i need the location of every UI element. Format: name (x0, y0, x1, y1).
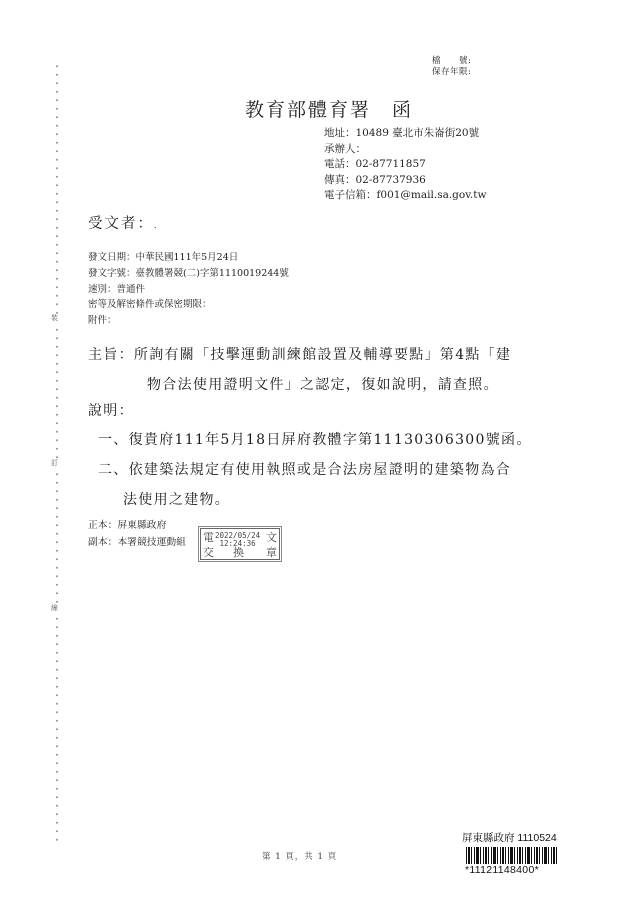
subject-line-1: 所詢有關「技擊運動訓練館設置及輔導要點」第4點「建 (134, 347, 511, 363)
contact-block: 地址：10489 臺北市朱崙街20號 承辦人： 電話：02-87711857 傳… (324, 126, 486, 204)
explanation-item-2: 二、依建築法規定有使用執照或是合法房屋證明的建築物為合 (88, 455, 532, 485)
explanation-item-2-cont: 法使用之建物。 (88, 485, 532, 515)
classification: 密等及解密條件或保密期限： (88, 297, 289, 313)
stamp-datetime: 2022/05/24 12:24:36 (215, 532, 260, 548)
file-no-label: 檔 號: (432, 56, 471, 67)
barcode-icon (466, 847, 559, 864)
binding-char-xian: 線 (51, 604, 58, 613)
doc-number: 發文字號：臺教體署競(二)字第1110019244號 (88, 266, 289, 282)
email: 電子信箱：f001@mail.sa.gov.tw (324, 188, 486, 204)
retention-label: 保存年限: (432, 67, 471, 78)
phone: 電話：02-87711857 (324, 157, 486, 173)
recipient: 受文者：. (88, 212, 159, 233)
document-title: 教育部體育署 函 (245, 95, 413, 122)
subject-line-2: 物合法使用證明文件」之認定，復如說明，請查照。 (88, 370, 511, 400)
page-number: 第 1 頁，共 1 頁 (262, 850, 337, 862)
stamp-char-br: 章 (266, 544, 277, 560)
stamp-char-tl: 電 (203, 529, 214, 545)
stamp-char-bl: 交 (203, 544, 214, 560)
subject: 主旨：所詢有關「技擊運動訓練館設置及輔導要點」第4點「建 物合法使用證明文件」之… (88, 340, 511, 400)
binding-line (56, 62, 58, 847)
speed: 速別：普通件 (88, 282, 289, 298)
subject-label: 主旨： (88, 340, 134, 370)
explanation-items: 一、復貴府111年5月18日屏府教體字第11130306300號函。 二、依建築… (88, 425, 532, 515)
stamp-time: 12:24:36 (215, 540, 260, 548)
explanation-item-1: 一、復貴府111年5月18日屏府教體字第11130306300號函。 (88, 425, 532, 455)
handler: 承辦人： (324, 142, 486, 158)
fax: 傳真：02-87737936 (324, 173, 486, 189)
barcode-label: 屏東縣政府 1110524 (462, 830, 557, 845)
stamp-char-tr: 文 (266, 529, 277, 545)
explanation-label: 說明： (88, 400, 134, 420)
barcode-number: *11121148400* (465, 864, 539, 876)
recipient-value: . (154, 221, 159, 230)
attachment: 附件： (88, 313, 289, 329)
electronic-exchange-stamp: 電 交 文 章 換 2022/05/24 12:24:36 (200, 528, 280, 560)
copy-recipient: 副本：本署競技運動組 (88, 534, 186, 551)
distribution: 正本：屏東縣政府 副本：本署競技運動組 (88, 517, 186, 551)
issue-date: 發文日期：中華民國111年5月24日 (88, 250, 289, 266)
binding-char-ding: 訂 (51, 459, 58, 468)
binding-char-zhuang: 裝 (51, 314, 58, 323)
document-meta: 發文日期：中華民國111年5月24日 發文字號：臺教體署競(二)字第111001… (88, 250, 289, 329)
archive-info: 檔 號: 保存年限: (432, 56, 471, 78)
original-recipient: 正本：屏東縣政府 (88, 517, 186, 534)
address: 地址：10489 臺北市朱崙街20號 (324, 126, 486, 142)
recipient-label: 受文者： (88, 216, 154, 232)
